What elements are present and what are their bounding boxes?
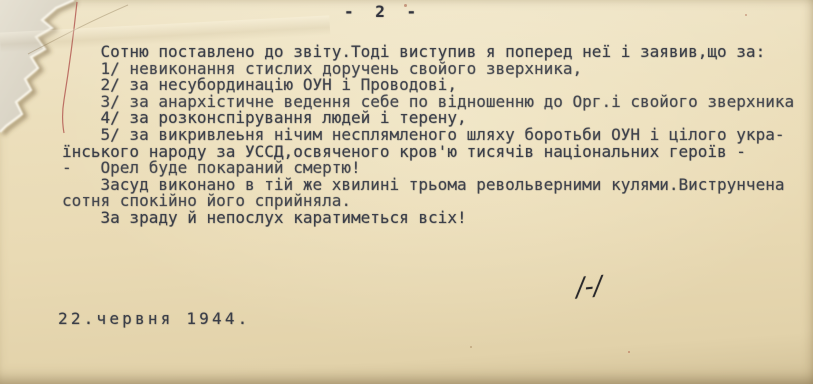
typewritten-body: Сотню поставлено до звіту.Тоді виступив …: [62, 44, 794, 227]
paper-speck: [404, 4, 407, 7]
paper-speck: [745, 14, 747, 16]
paper-speck: [628, 351, 630, 353]
document-scan: - 2 - Сотню поставлено до звіту.Тоді вис…: [0, 0, 813, 384]
typewritten-line: 3/ за анархістичне ведення себе по відно…: [62, 94, 794, 111]
handwritten-signature-mark: /-/: [575, 271, 604, 303]
typewritten-line: сотня спокійно його сприйняла.: [62, 193, 794, 210]
typewritten-line: За зраду й непослух каратиметься всіх!: [62, 210, 794, 227]
page-number: - 2 -: [344, 2, 422, 21]
typewritten-line: 5/ за викривлеьня нічим несплямленого шл…: [62, 127, 794, 144]
paper-speck: [470, 346, 472, 348]
date-line: 22.червня 1944.: [58, 309, 251, 328]
